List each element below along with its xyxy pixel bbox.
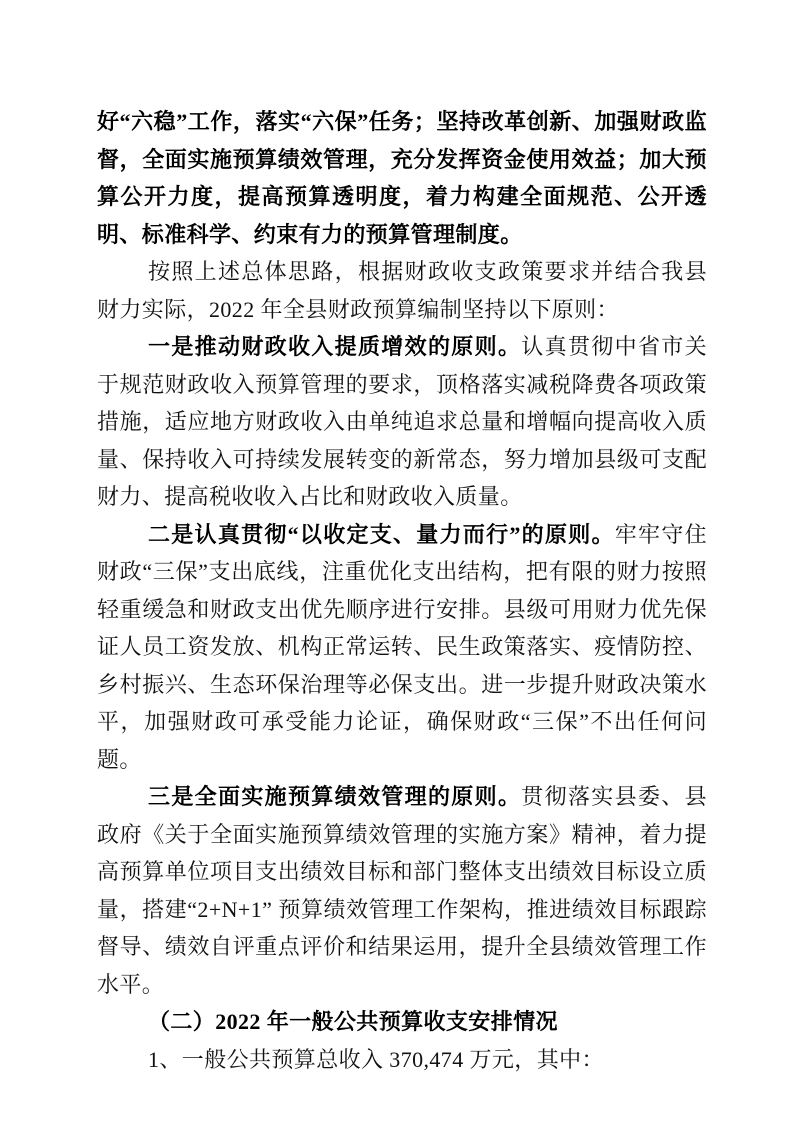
paragraph-principle-2: 二是认真贯彻“以收定支、量力而行”的原则。牢牢守住财政“三保”支出底线，注重优化… xyxy=(97,516,707,779)
principle-2-body: 牢牢守住财政“三保”支出底线，注重优化支出结构，把有限的财力按照轻重缓急和财政支… xyxy=(97,522,707,772)
principle-1-body: 认真贯彻中省市关于规范财政收入预算管理的要求，顶格落实减税降费各项政策措施，适应… xyxy=(97,334,707,509)
paragraph-principle-3: 三是全面实施预算绩效管理的原则。贯彻落实县委、县政府《关于全面实施预算绩效管理的… xyxy=(97,778,707,1003)
principle-3-lead: 三是全面实施预算绩效管理的原则。 xyxy=(148,784,521,809)
paragraph-intro: 按照上述总体思路，根据财政收支政策要求并结合我县财力实际，2022 年全县财政预… xyxy=(97,253,707,328)
principle-1-lead: 一是推动财政收入提质增效的原则。 xyxy=(148,334,521,359)
document-page: 好“六稳”工作，落实“六保”任务；坚持改革创新、加强财政监督，全面实施预算绩效管… xyxy=(0,0,793,1122)
principle-3-body: 贯彻落实县委、县政府《关于全面实施预算绩效管理的实施方案》精神，着力提高预算单位… xyxy=(97,784,707,997)
section-heading: （二）2022 年一般公共预算收支安排情况 xyxy=(97,1003,707,1041)
paragraph-revenue-total: 1、一般公共预算总收入 370,474 万元，其中： xyxy=(97,1041,707,1079)
paragraph-principle-1: 一是推动财政收入提质增效的原则。认真贯彻中省市关于规范财政收入预算管理的要求，顶… xyxy=(97,328,707,516)
principle-2-lead: 二是认真贯彻“以收定支、量力而行”的原则。 xyxy=(148,522,615,547)
paragraph-continuation: 好“六稳”工作，落实“六保”任务；坚持改革创新、加强财政监督，全面实施预算绩效管… xyxy=(97,103,707,253)
